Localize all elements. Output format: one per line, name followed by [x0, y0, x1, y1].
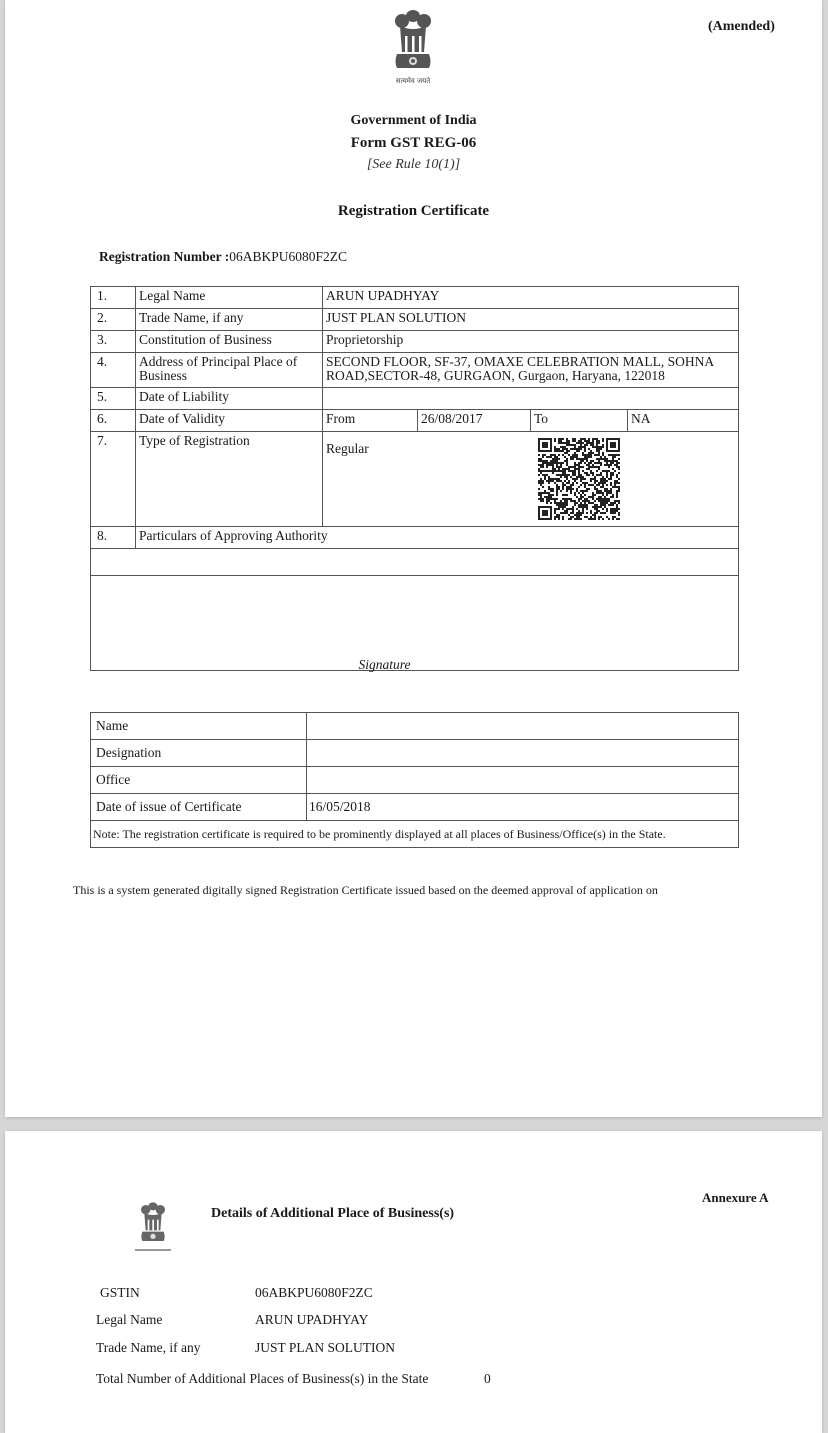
certificate-page-2: Annexure A Details of Additional Place o… [5, 1131, 822, 1433]
state-emblem-icon: सत्यमेव जयते [386, 6, 440, 86]
table-row: Note: The registration certificate is re… [91, 821, 739, 848]
table-row: Name [91, 713, 739, 740]
table-row: 8. Particulars of Approving Authority [91, 527, 739, 549]
table-row: 6. Date of Validity From 26/08/2017 To N… [91, 410, 739, 432]
date-of-liability-value [323, 388, 739, 410]
registration-number-label: Registration Number : [99, 249, 229, 264]
row-label: Date of Validity [136, 410, 323, 432]
note-text: Note: The registration certificate is re… [91, 821, 739, 848]
registration-type-value: Regular [326, 442, 735, 456]
table-row: Date of issue of Certificate 16/05/2018 [91, 794, 739, 821]
trade-name-label: Trade Name, if any [96, 1340, 200, 1356]
additional-places-count-label: Total Number of Additional Places of Bus… [96, 1371, 428, 1387]
registration-number: Registration Number :06ABKPU6080F2ZC [99, 249, 347, 265]
row-label: Constitution of Business [136, 331, 323, 353]
legal-name-value: ARUN UPADHYAY [323, 287, 739, 309]
signature-label: Signature [359, 657, 411, 672]
authority-name-value [307, 713, 739, 740]
row-number: 6. [91, 410, 136, 432]
authority-label: Date of issue of Certificate [91, 794, 307, 821]
emblem-motto-line [135, 1249, 171, 1251]
row-number: 8. [91, 527, 136, 549]
form-title: Form GST REG-06 [5, 135, 822, 152]
row-label: Particulars of Approving Authority [136, 527, 739, 549]
row-number: 7. [91, 432, 136, 527]
legal-name-label: Legal Name [96, 1312, 162, 1328]
validity-from-label: From [323, 410, 418, 432]
row-label: Trade Name, if any [136, 309, 323, 331]
row-number: 4. [91, 353, 136, 388]
table-row: 5. Date of Liability [91, 388, 739, 410]
approving-authority-blank [91, 549, 739, 576]
registration-number-value: 06ABKPU6080F2ZC [229, 249, 347, 264]
rule-reference: [See Rule 10(1)] [5, 157, 822, 173]
gstin-label: GSTIN [100, 1285, 140, 1301]
table-row: 3. Constitution of Business Proprietorsh… [91, 331, 739, 353]
additional-places-title: Details of Additional Place of Business(… [211, 1206, 454, 1222]
government-heading: Government of India [5, 113, 822, 129]
row-number: 2. [91, 309, 136, 331]
issue-date-value: 16/05/2018 [307, 794, 739, 821]
authority-label: Name [91, 713, 307, 740]
authority-label: Designation [91, 740, 307, 767]
trade-name-value: JUST PLAN SOLUTION [255, 1340, 395, 1356]
row-number: 5. [91, 388, 136, 410]
table-row: 2. Trade Name, if any JUST PLAN SOLUTION [91, 309, 739, 331]
trade-name-value: JUST PLAN SOLUTION [323, 309, 739, 331]
table-row [91, 549, 739, 576]
registration-type-cell: Regular [323, 432, 739, 527]
row-label: Legal Name [136, 287, 323, 309]
table-row: Signature [91, 576, 739, 671]
authority-office-value [307, 767, 739, 794]
authority-label: Office [91, 767, 307, 794]
additional-places-count-value: 0 [484, 1371, 491, 1387]
legal-name-value: ARUN UPADHYAY [255, 1312, 368, 1328]
row-number: 1. [91, 287, 136, 309]
row-number: 3. [91, 331, 136, 353]
state-emblem-icon [135, 1199, 171, 1251]
address-value: SECOND FLOOR, SF-37, OMAXE CELEBRATION M… [323, 353, 739, 388]
authority-table: Name Designation Office Date of issue of… [90, 712, 739, 848]
signature-area: Signature [91, 576, 739, 671]
amended-label: (Amended) [708, 19, 775, 35]
validity-from-value: 26/08/2017 [418, 410, 531, 432]
authority-designation-value [307, 740, 739, 767]
table-row: 1. Legal Name ARUN UPADHYAY [91, 287, 739, 309]
table-row: 4. Address of Principal Place of Busines… [91, 353, 739, 388]
row-label: Date of Liability [136, 388, 323, 410]
gstin-value: 06ABKPU6080F2ZC [255, 1285, 373, 1301]
row-label: Type of Registration [136, 432, 323, 527]
system-generated-note: This is a system generated digitally sig… [73, 883, 658, 898]
certificate-table: 1. Legal Name ARUN UPADHYAY 2. Trade Nam… [90, 286, 739, 671]
annexure-label: Annexure A [702, 1190, 769, 1206]
table-row: Office [91, 767, 739, 794]
validity-to-value: NA [628, 410, 739, 432]
row-label: Address of Principal Place of Business [136, 353, 323, 388]
table-row: Designation [91, 740, 739, 767]
certificate-title: Registration Certificate [5, 203, 822, 220]
certificate-page-1: सत्यमेव जयते (Amended) Government of Ind… [5, 0, 822, 1117]
validity-to-label: To [531, 410, 628, 432]
table-row: 7. Type of Registration Regular [91, 432, 739, 527]
emblem-motto: सत्यमेव जयते [386, 77, 440, 86]
constitution-value: Proprietorship [323, 331, 739, 353]
qr-code-icon [538, 438, 620, 523]
